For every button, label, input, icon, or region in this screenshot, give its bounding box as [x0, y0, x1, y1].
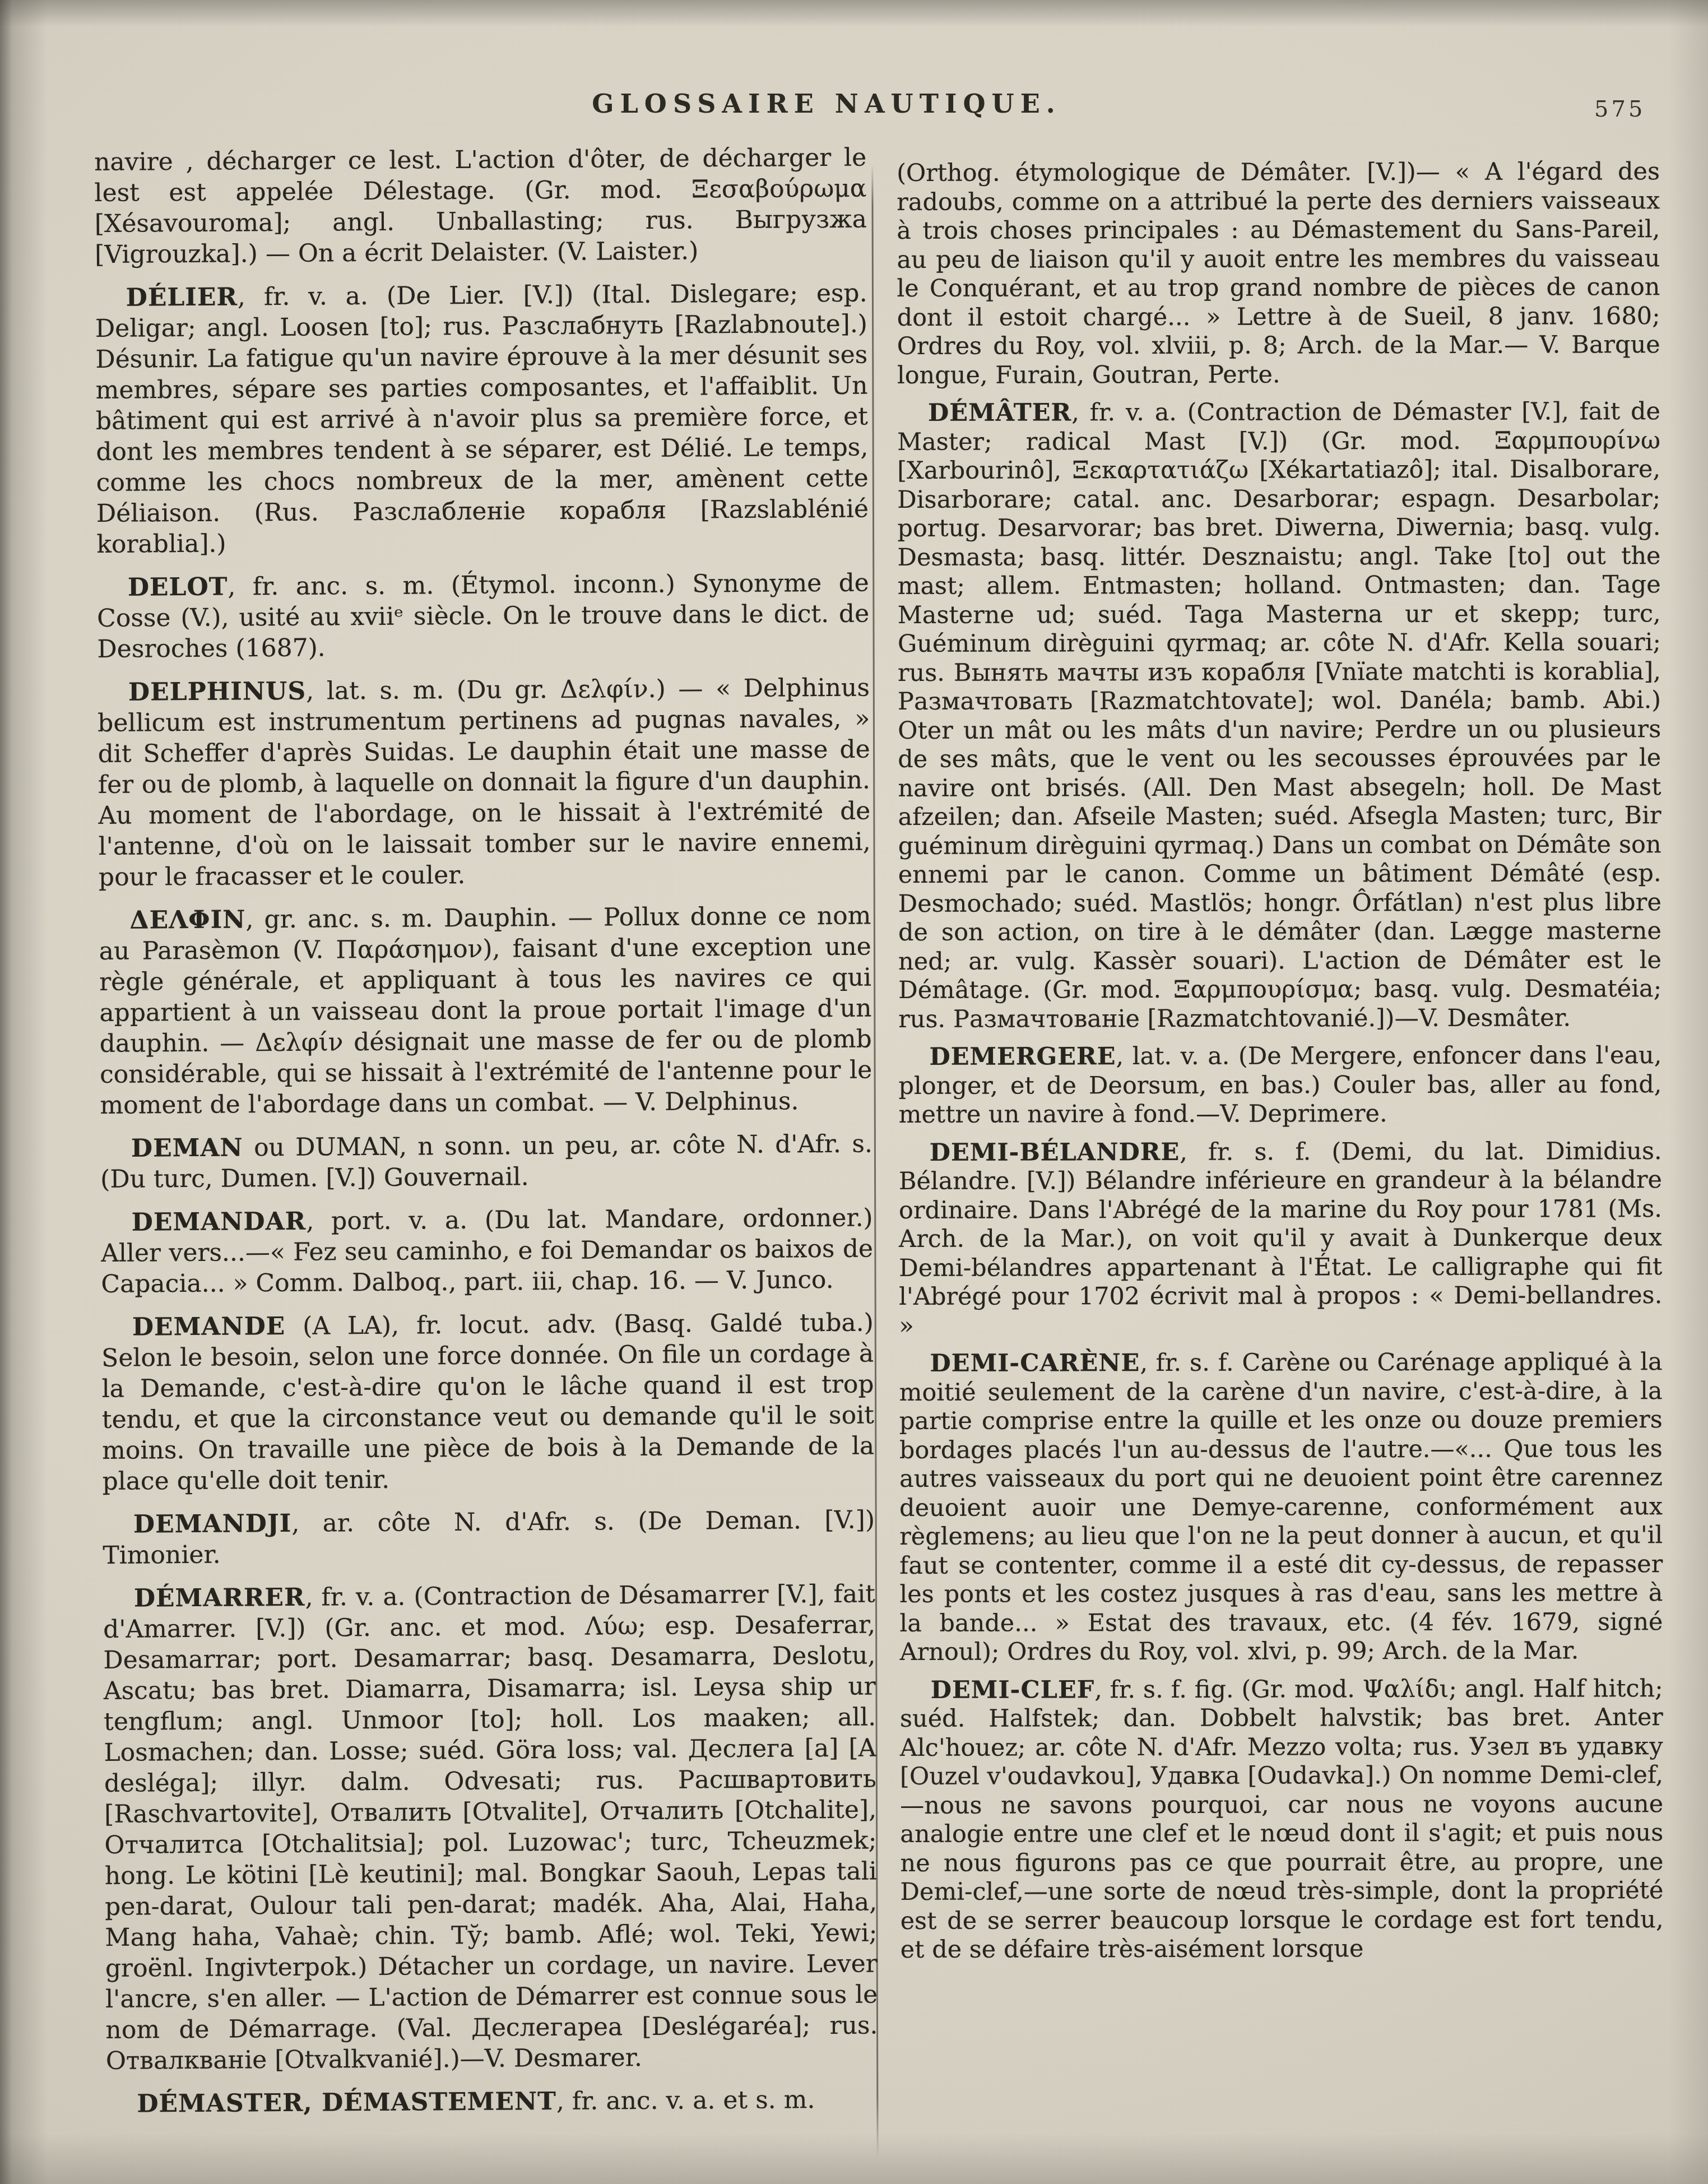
entry-body: , gr. anc. s. m. Dauphin. — Pollux donne… — [99, 902, 872, 1120]
entry-term: DEMERGERE — [929, 1042, 1116, 1071]
entry-term: DÉLIER — [126, 282, 238, 312]
entry-term: DÉMASTER, DÉMASTEMENT — [137, 2087, 556, 2118]
dictionary-entry-continuation: (Orthog. étymologique de Démâter. [V.])—… — [897, 157, 1660, 390]
dictionary-entry: DEMERGERE, lat. v. a. (De Mergere, enfon… — [898, 1041, 1661, 1129]
left-column: navire , décharger ce lest. L'action d'ô… — [94, 142, 879, 2132]
dictionary-entry-continuation: navire , décharger ce lest. L'action d'ô… — [94, 142, 867, 270]
entry-term: DEMI-CLEF — [931, 1676, 1094, 1704]
dictionary-entry: DEMI-CLEF, fr. s. f. fig. (Gr. mod. Ψαλί… — [900, 1675, 1664, 1965]
dictionary-entry: DELPHINUS, lat. s. m. (Du gr. Δελφίν.) —… — [98, 673, 871, 893]
dictionary-entry: ΔΕΛΦΙΝ, gr. anc. s. m. Dauphin. — Pollux… — [99, 901, 872, 1121]
entry-term: DELOT — [128, 573, 228, 602]
entry-body: , lat. s. m. (Du gr. Δελφίν.) — « Delphi… — [98, 674, 871, 892]
dictionary-entry: DÉMASTER, DÉMASTEMENT, fr. anc. v. a. et… — [106, 2084, 878, 2120]
entry-body: , fr. s. f. fig. (Gr. mod. Ψαλίδι; angl.… — [900, 1675, 1664, 1964]
entry-term: DEMANDJI — [133, 1509, 292, 1539]
page-title: GLOSSAIRE NAUTIQUE. — [0, 89, 1653, 119]
entry-term: DELPHINUS — [128, 677, 307, 707]
right-column: (Orthog. étymologique de Démâter. [V.])—… — [897, 145, 1664, 1973]
dictionary-entry: DÉMÂTER, fr. v. a. (Contraction de Démas… — [897, 397, 1661, 1034]
entry-term: DEMANDE — [132, 1312, 286, 1342]
entry-term: DEMI-CARÈNE — [930, 1349, 1140, 1378]
entry-term: DEMAN — [131, 1133, 243, 1162]
dictionary-entry: DÉMARRER, fr. v. a. (Contraction de Désa… — [103, 1579, 878, 2076]
dictionary-entry: DÉLIER, fr. v. a. (De Lier. [V.]) (Ital.… — [95, 278, 869, 560]
entry-body: , fr. anc. v. a. et s. m. — [556, 2085, 815, 2116]
entry-body: , fr. v. a. (De Lier. [V.]) (Ital. Disle… — [95, 279, 869, 559]
entry-body: (Orthog. étymologique de Démâter. [V.])—… — [897, 157, 1660, 389]
dictionary-entry: DEMI-CARÈNE, fr. s. f. Carène ou Carénag… — [899, 1348, 1663, 1667]
entry-term: DÉMÂTER — [928, 398, 1071, 427]
dictionary-entry: DELOT, fr. anc. s. m. (Étymol. inconn.) … — [97, 568, 870, 665]
dictionary-entry: DEMANDJI, ar. côte N. d'Afr. s. (De Dema… — [103, 1505, 875, 1571]
entry-body: , fr. s. f. Carène ou Carénage appliqué … — [899, 1348, 1663, 1666]
entry-term: DÉMARRER — [134, 1583, 305, 1613]
entry-body: navire , décharger ce lest. L'action d'ô… — [94, 143, 867, 269]
dictionary-entry: DEMANDE (A LA), fr. locut. adv. (Basq. G… — [101, 1307, 875, 1497]
dictionary-entry: DEMANDAR, port. v. a. (Du lat. Mandare, … — [101, 1203, 874, 1300]
page-number: 575 — [1594, 96, 1645, 122]
entry-body: , fr. v. a. (Contraction de Démaster [V.… — [897, 397, 1661, 1033]
dictionary-entry: DEMI-BÉLANDRE, fr. s. f. (Demi, du lat. … — [899, 1137, 1663, 1341]
entry-body: , fr. s. f. (Demi, du lat. Dimidius. Bél… — [899, 1137, 1663, 1340]
entry-term: DEMI-BÉLANDRE — [930, 1138, 1180, 1166]
entry-term: DEMANDAR — [132, 1207, 307, 1237]
entry-term: ΔΕΛΦΙΝ — [129, 905, 245, 934]
scanned-book-page: GLOSSAIRE NAUTIQUE. 575 navire , décharg… — [0, 0, 1708, 2184]
entry-body: , fr. v. a. (Contraction de Désamarrer [… — [103, 1580, 878, 2075]
dictionary-entry: DEMAN ou DUMAN, n sonn. un peu, ar. côte… — [100, 1129, 873, 1195]
